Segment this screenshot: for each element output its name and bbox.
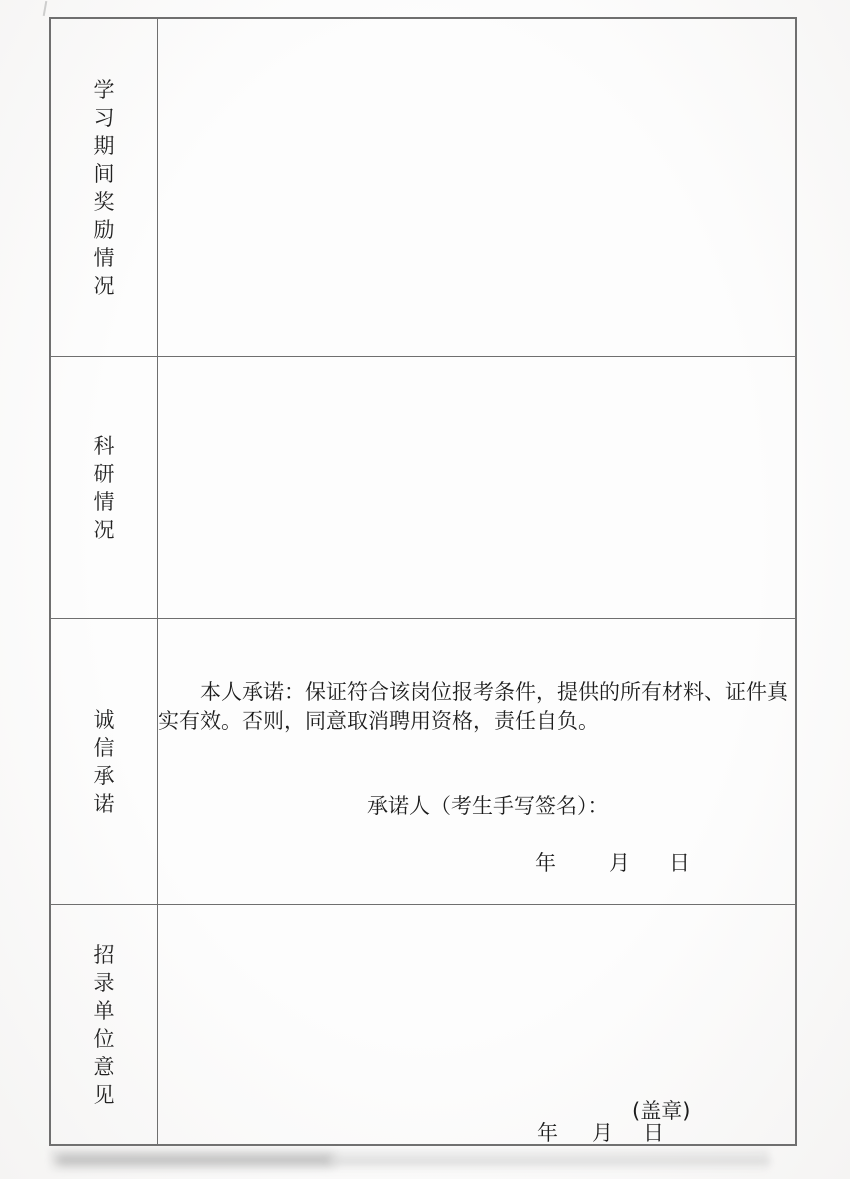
content-cell-pledge: 本人承诺：保证符合该岗位报考条件，提供的所有材料、证件真实有效。否则，同意取消聘… [158, 619, 795, 904]
row-label-cell-unit-opinion: 招录单位意见 [51, 905, 158, 1144]
page-bottom-shadow [49, 1149, 769, 1173]
application-form-table: 学习期间奖励情况 科研情况 诚信承诺 本人承诺：保证符合该岗位报考条件，提供的所… [49, 17, 797, 1146]
page-bottom-shadow-dark [55, 1155, 335, 1165]
table-row-unit-opinion: 招录单位意见 (盖章) 年月日 [51, 904, 795, 1144]
row-label-awards: 学习期间奖励情况 [93, 76, 116, 300]
row-label-cell-pledge: 诚信承诺 [51, 619, 158, 904]
row-label-pledge: 诚信承诺 [93, 706, 116, 818]
pledge-date-month: 月 [609, 851, 630, 875]
row-label-unit-opinion: 招录单位意见 [93, 941, 116, 1109]
page-bottom-shadow-light [330, 1158, 770, 1164]
row-label-cell-research: 科研情况 [51, 357, 158, 618]
content-cell-research [158, 357, 795, 618]
pledge-date-year: 年 [535, 851, 556, 875]
row-label-research: 科研情况 [93, 432, 116, 544]
table-row-awards: 学习期间奖励情况 [51, 19, 795, 356]
pledge-date-day: 日 [669, 851, 690, 875]
unit-date-line: 年月日 [537, 1117, 664, 1147]
scanned-form-page: { "doc": { "rows": [ { "label": "学习期间奖励情… [0, 0, 850, 1179]
scan-artifact-line [43, 1, 48, 16]
content-cell-unit-opinion: (盖章) 年月日 [158, 905, 795, 1144]
unit-date-month: 月 [592, 1121, 613, 1145]
signer-label: 承诺人（考生手写签名）： [367, 790, 609, 820]
unit-date-year: 年 [537, 1121, 558, 1145]
table-row-pledge: 诚信承诺 本人承诺：保证符合该岗位报考条件，提供的所有材料、证件真实有效。否则，… [51, 618, 795, 904]
pledge-date-line: 年月日 [535, 847, 690, 877]
row-label-cell-awards: 学习期间奖励情况 [51, 19, 158, 356]
content-cell-awards [158, 19, 795, 356]
pledge-paragraph: 本人承诺：保证符合该岗位报考条件，提供的所有材料、证件真实有效。否则，同意取消聘… [158, 619, 795, 736]
unit-date-day: 日 [643, 1121, 664, 1145]
table-row-research: 科研情况 [51, 356, 795, 618]
